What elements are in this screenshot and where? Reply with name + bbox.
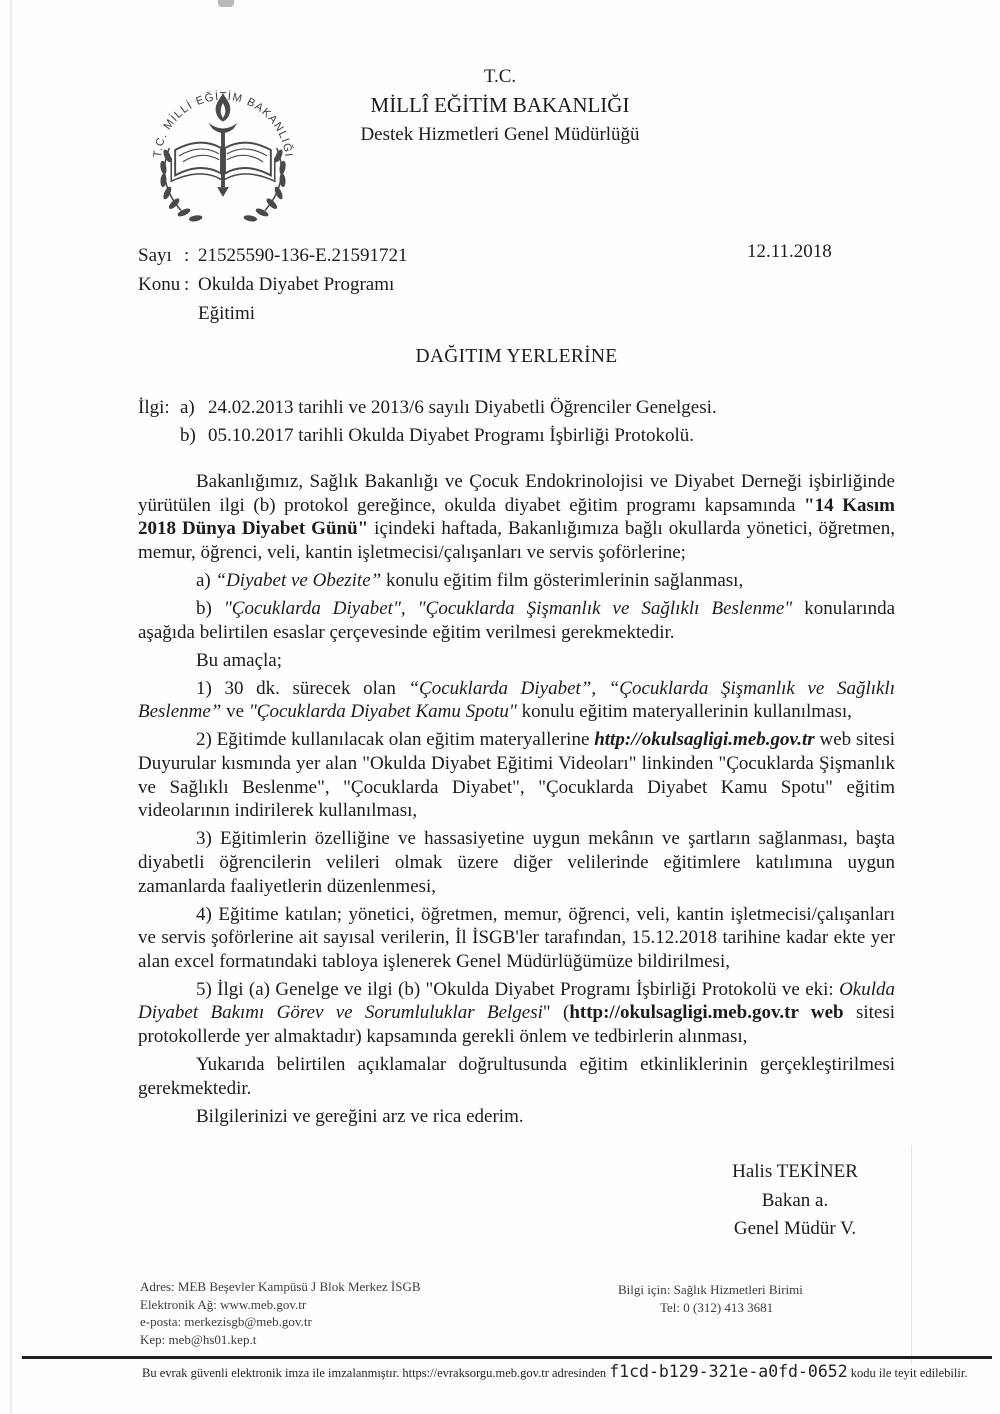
body-paragraph: 5) İlgi (a) Genelge ve ilgi (b) "Okulda … [138, 978, 895, 1049]
body-paragraph: Yukarıda belirtilen açıklamalar doğrultu… [138, 1053, 895, 1100]
footer-email: e-posta: merkezisgb@meb.gov.tr [140, 1313, 421, 1331]
reference-text: 24.02.2013 tarihli ve 2013/6 sayılı Diya… [208, 394, 717, 422]
body-paragraph: a) “Diyabet ve Obezite” konulu eğitim fi… [138, 569, 895, 593]
sayi-colon: : [184, 241, 198, 270]
addressee-line: DAĞITIM YERLERİNE [138, 346, 895, 368]
body-paragraph: 4) Eğitime katılan; yönetici, öğretmen, … [138, 903, 895, 974]
letterhead-ministry: MİLLÎ EĞİTİM BAKANLIĞI [0, 91, 1000, 120]
body-paragraph: 1) 30 dk. sürecek olan “Çocuklarda Diyab… [138, 677, 895, 724]
footer-info-contact: Bilgi için: Sağlık Hizmetleri Birimi [618, 1281, 803, 1299]
body-paragraph: 2) Eğitimde kullanılacak olan eğitim mat… [138, 728, 895, 822]
verification-code: f1cd-b129-321e-a0fd-0652 [609, 1362, 847, 1381]
footer-info-tel: Tel: 0 (312) 413 3681 [618, 1299, 803, 1317]
footer-web: Elektronik Ağ: www.meb.gov.tr [140, 1296, 421, 1314]
ilgi-label: İlgi: [138, 394, 180, 422]
references-block: İlgi: a) 24.02.2013 tarihli ve 2013/6 sa… [138, 394, 717, 450]
scan-artifact-left-edge [10, 0, 12, 1414]
reference-item: İlgi: b) 05.10.2017 tarihli Okulda Diyab… [138, 422, 717, 450]
footer-address: Adres: MEB Beşevler Kampüsü J Blok Merke… [140, 1278, 421, 1296]
body-paragraph: Bu amaçla; [138, 649, 895, 673]
body-paragraph: Bilgilerinizi ve gereğini arz ve rica ed… [138, 1105, 895, 1129]
body-paragraph: 3) Eğitimlerin özelliğine ve hassasiyeti… [138, 827, 895, 898]
verification-bar: Bu evrak güvenli elektronik imza ile imz… [142, 1362, 942, 1381]
footer-info-block: Bilgi için: Sağlık Hizmetleri Birimi Tel… [618, 1281, 803, 1316]
verification-suffix: kodu ile teyit edilebilir. [848, 1366, 968, 1380]
signatory-title2: Genel Müdür V. [655, 1215, 935, 1244]
reference-item: İlgi: a) 24.02.2013 tarihli ve 2013/6 sa… [138, 394, 717, 422]
signatory-title1: Bakan a. [655, 1187, 935, 1216]
reference-marker: b) [180, 422, 208, 450]
body-paragraph: Bakanlığımız, Sağlık Bakanlığı ve Çocuk … [138, 470, 895, 564]
letter-body: Bakanlığımız, Sağlık Bakanlığı ve Çocuk … [138, 470, 895, 1133]
reference-text: 05.10.2017 tarihli Okulda Diyabet Progra… [208, 422, 694, 450]
body-paragraph: b) "Çocuklarda Diyabet", "Çocuklarda Şiş… [138, 597, 895, 644]
document-date: 12.11.2018 [747, 241, 832, 263]
konu-colon: : [184, 270, 198, 299]
konu-value-line2: Eğitimi [138, 299, 408, 328]
footer-divider [22, 1356, 992, 1359]
reference-marker: a) [180, 394, 208, 422]
konu-value: Okulda Diyabet Programı [198, 270, 394, 299]
verification-prefix: Bu evrak güvenli elektronik imza ile imz… [142, 1366, 609, 1380]
konu-label: Konu [138, 270, 184, 299]
letterhead: T.C. MİLLÎ EĞİTİM BAKANLIĞI Destek Hizme… [0, 62, 1000, 149]
footer-address-block: Adres: MEB Beşevler Kampüsü J Blok Merke… [140, 1278, 421, 1348]
sayi-value: 21525590-136-E.21591721 [198, 241, 408, 270]
letterhead-directorate: Destek Hizmetleri Genel Müdürlüğü [0, 120, 1000, 149]
footer-kep: Kep: meb@hs01.kep.t [140, 1331, 421, 1349]
letterhead-tc: T.C. [0, 62, 1000, 91]
signature-block: Halis TEKİNER Bakan a. Genel Müdür V. [655, 1158, 935, 1244]
document-page: T.C. MİLLİ EĞİTİM BAKANLIĞI [0, 0, 1000, 1414]
signatory-name: Halis TEKİNER [655, 1158, 935, 1187]
sayi-label: Sayı [138, 241, 184, 270]
scan-artifact-smudge [218, 0, 234, 7]
meta-block: Sayı : 21525590-136-E.21591721 Konu : Ok… [138, 241, 408, 328]
